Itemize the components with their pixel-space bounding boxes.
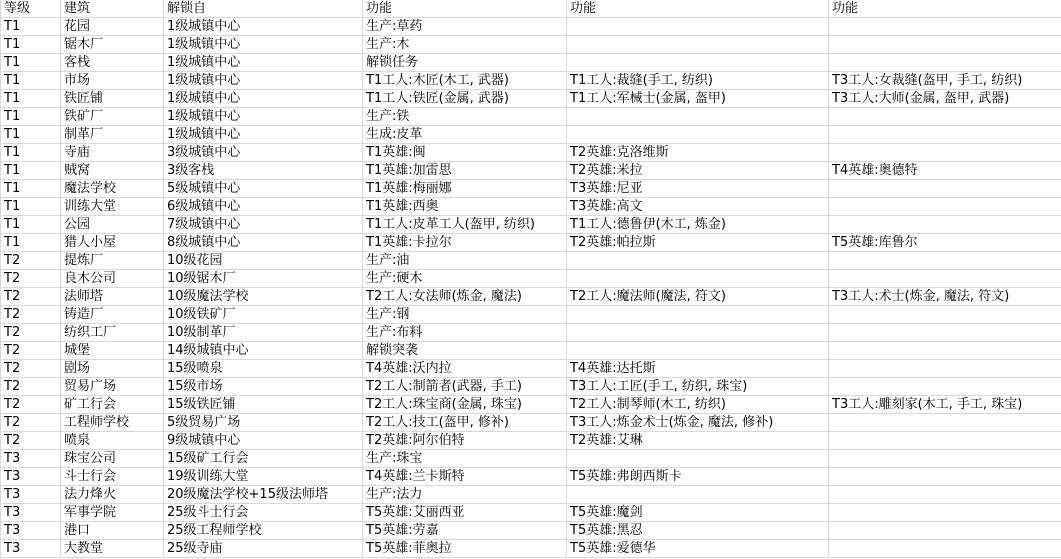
cell[interactable]: 生产:法力 [363, 486, 567, 504]
cell[interactable] [829, 342, 1061, 360]
cell[interactable]: T5英雄:菲奥拉 [363, 540, 567, 558]
cell[interactable]: 生产:木 [363, 36, 567, 54]
cell[interactable]: 25级斗士行会 [164, 504, 363, 522]
table-row: T1铁匠铺1级城镇中心T1工人:铁匠(金属, 武器)T1工人:军械士(金属, 盔… [1, 90, 1061, 108]
cell[interactable]: T2 [1, 432, 61, 450]
table-row: T3法力烽火20级魔法学校+15级法师塔生产:法力 [1, 486, 1061, 504]
cell[interactable] [829, 360, 1061, 378]
cell[interactable]: T2 [1, 378, 61, 396]
cell[interactable]: T2英雄:帕拉斯 [567, 234, 829, 252]
table-row: T2矿工行会15级铁匠铺T2工人:珠宝商(金属, 珠宝)T2工人:制琴师(木工,… [1, 396, 1061, 414]
table-row: T1客栈1级城镇中心解锁任务 [1, 54, 1061, 72]
cell[interactable]: T2 [1, 306, 61, 324]
cell[interactable]: T1 [1, 126, 61, 144]
cell[interactable]: T5英雄:爱德华 [567, 540, 829, 558]
cell[interactable] [829, 108, 1061, 126]
cell[interactable]: 15级矿工行会 [164, 450, 363, 468]
cell[interactable]: T1 [1, 234, 61, 252]
cell[interactable]: T1 [1, 36, 61, 54]
cell[interactable]: 10级锯木厂 [164, 270, 363, 288]
table-row: T2纺织工厂10级制革厂生产:布料 [1, 324, 1061, 342]
cell[interactable]: T1 [1, 216, 61, 234]
cell[interactable]: T1工人:木匠(木工, 武器) [363, 72, 567, 90]
cell[interactable] [829, 216, 1061, 234]
cell[interactable] [829, 468, 1061, 486]
cell[interactable] [829, 450, 1061, 468]
table-row: T2良木公司10级锯木厂生产:硬木 [1, 270, 1061, 288]
table-row: T2提炼厂10级花园生产:油 [1, 252, 1061, 270]
table-row: T2贸易广场15级市场T2工人:制箭者(武器, 手工)T3工人:工匠(手工, 纺… [1, 378, 1061, 396]
table-row: T1铁矿厂1级城镇中心生产:铁 [1, 108, 1061, 126]
cell[interactable]: 10级花园 [164, 252, 363, 270]
cell[interactable] [567, 108, 829, 126]
cell[interactable]: T2工人:魔法师(魔法, 符文) [567, 288, 829, 306]
cell[interactable]: T2 [1, 360, 61, 378]
header-row: 等级建筑解锁自功能功能功能 [1, 0, 1061, 18]
cell[interactable] [829, 198, 1061, 216]
cell[interactable] [829, 486, 1061, 504]
table-row: T1市场1级城镇中心T1工人:木匠(木工, 武器)T1工人:裁缝(手工, 纺织)… [1, 72, 1061, 90]
cell[interactable] [829, 306, 1061, 324]
cell[interactable]: 铁匠铺 [61, 90, 164, 108]
cell[interactable]: 生产:布料 [363, 324, 567, 342]
cell[interactable]: T2英雄:艾琳 [567, 432, 829, 450]
table-row: T3珠宝公司15级矿工行会生产:珠宝 [1, 450, 1061, 468]
cell[interactable]: T1 [1, 180, 61, 198]
cell[interactable] [829, 432, 1061, 450]
table-row: T1花园1级城镇中心生产:草药 [1, 18, 1061, 36]
table-row: T1猎人小屋8级城镇中心T1英雄:卡拉尔T2英雄:帕拉斯T5英雄:库鲁尔 [1, 234, 1061, 252]
table-row: T3大教堂25级寺庙T5英雄:菲奥拉T5英雄:爱德华 [1, 540, 1061, 558]
cell[interactable]: T4英雄:兰卡斯特 [363, 468, 567, 486]
cell[interactable]: 生产:铁 [363, 108, 567, 126]
spreadsheet-body: 等级建筑解锁自功能功能功能T1花园1级城镇中心生产:草药T1锯木厂1级城镇中心生… [1, 0, 1061, 558]
cell[interactable]: 客栈 [61, 54, 164, 72]
cell[interactable]: 花园 [61, 18, 164, 36]
cell[interactable]: T2 [1, 288, 61, 306]
cell[interactable]: 剧场 [61, 360, 164, 378]
table-row: T2城堡14级城镇中心解锁突袭 [1, 342, 1061, 360]
cell[interactable]: T3 [1, 522, 61, 540]
cell[interactable]: 珠宝公司 [61, 450, 164, 468]
cell[interactable]: T2 [1, 342, 61, 360]
cell[interactable]: T3英雄:高文 [567, 198, 829, 216]
cell[interactable]: 1级城镇中心 [164, 90, 363, 108]
cell[interactable]: T1英雄:闽 [363, 144, 567, 162]
cell[interactable]: 7级城镇中心 [164, 216, 363, 234]
cell[interactable]: 市场 [61, 72, 164, 90]
cell[interactable] [829, 36, 1061, 54]
table-row: T2铸造厂10级铁矿厂生产:钢 [1, 306, 1061, 324]
cell[interactable]: 1级城镇中心 [164, 108, 363, 126]
cell[interactable]: T5英雄:魔剑 [567, 504, 829, 522]
table-row: T1贼窝3级客栈T1英雄:加雷思T2英雄:米拉T4英雄:奥德特 [1, 162, 1061, 180]
cell[interactable]: T1英雄:梅丽娜 [363, 180, 567, 198]
cell[interactable]: T4英雄:沃内拉 [363, 360, 567, 378]
cell[interactable] [567, 54, 829, 72]
cell[interactable]: 法力烽火 [61, 486, 164, 504]
cell[interactable]: 制革厂 [61, 126, 164, 144]
cell[interactable]: T3工人:术士(炼金, 魔法, 符文) [829, 288, 1061, 306]
cell[interactable] [829, 144, 1061, 162]
cell[interactable]: T2英雄:克洛维斯 [567, 144, 829, 162]
cell[interactable]: T3工人:女裁缝(盔甲, 手工, 纺织) [829, 72, 1061, 90]
cell[interactable]: T1工人:军械士(金属, 盔甲) [567, 90, 829, 108]
cell[interactable] [829, 522, 1061, 540]
cell[interactable]: 港口 [61, 522, 164, 540]
cell[interactable]: T3 [1, 486, 61, 504]
cell[interactable]: T2 [1, 270, 61, 288]
cell[interactable]: T2工人:制琴师(木工, 纺织) [567, 396, 829, 414]
cell[interactable] [829, 252, 1061, 270]
cell[interactable]: 14级城镇中心 [164, 342, 363, 360]
table-row: T1训练大堂6级城镇中心T1英雄:西奥T3英雄:高文 [1, 198, 1061, 216]
cell[interactable] [567, 126, 829, 144]
cell[interactable]: T3 [1, 450, 61, 468]
cell[interactable]: 生成:皮革 [363, 126, 567, 144]
cell[interactable]: T5英雄:库鲁尔 [829, 234, 1061, 252]
cell[interactable]: T1 [1, 54, 61, 72]
cell[interactable]: T2工人:女法师(炼金, 魔法) [363, 288, 567, 306]
cell[interactable]: 铁矿厂 [61, 108, 164, 126]
cell[interactable]: 19级训练大堂 [164, 468, 363, 486]
cell[interactable]: 提炼厂 [61, 252, 164, 270]
cell[interactable]: 10级魔法学校 [164, 288, 363, 306]
table-row: T2剧场15级喷泉T4英雄:沃内拉T4英雄:达托斯 [1, 360, 1061, 378]
table-row: T3斗士行会19级训练大堂T4英雄:兰卡斯特T5英雄:弗朗西斯卡 [1, 468, 1061, 486]
header-cell[interactable]: 功能 [567, 0, 829, 18]
cell[interactable]: 9级城镇中心 [164, 432, 363, 450]
cell[interactable]: 寺庙 [61, 144, 164, 162]
cell[interactable]: T2工人:珠宝商(金属, 珠宝) [363, 396, 567, 414]
cell[interactable] [829, 414, 1061, 432]
cell[interactable]: 生产:硬木 [363, 270, 567, 288]
cell[interactable]: T4英雄:达托斯 [567, 360, 829, 378]
cell[interactable] [829, 18, 1061, 36]
table-row: T2工程师学校5级贸易广场T2工人:技工(盔甲, 修补)T3工人:炼金术士(炼金… [1, 414, 1061, 432]
cell[interactable]: T1 [1, 198, 61, 216]
cell[interactable] [567, 486, 829, 504]
cell[interactable]: T2 [1, 414, 61, 432]
table-row: T1公园7级城镇中心T1工人:皮革工人(盔甲, 纺织)T1工人:德鲁伊(木工, … [1, 216, 1061, 234]
cell[interactable]: 大教堂 [61, 540, 164, 558]
cell[interactable]: T1英雄:西奥 [363, 198, 567, 216]
cell[interactable]: T2英雄:阿尔伯特 [363, 432, 567, 450]
cell[interactable]: 10级铁矿厂 [164, 306, 363, 324]
cell[interactable]: 25级寺庙 [164, 540, 363, 558]
cell[interactable]: 矿工行会 [61, 396, 164, 414]
cell[interactable]: T3工人:炼金术士(炼金, 魔法, 修补) [567, 414, 829, 432]
cell[interactable]: 1级城镇中心 [164, 54, 363, 72]
cell[interactable]: T3 [1, 504, 61, 522]
cell[interactable]: 25级工程师学校 [164, 522, 363, 540]
table-row: T2喷泉9级城镇中心T2英雄:阿尔伯特T2英雄:艾琳 [1, 432, 1061, 450]
cell[interactable] [567, 450, 829, 468]
table-row: T3港口25级工程师学校T5英雄:劳嘉T5英雄:黑忍 [1, 522, 1061, 540]
cell[interactable]: T1工人:铁匠(金属, 武器) [363, 90, 567, 108]
cell[interactable]: T3 [1, 468, 61, 486]
header-cell[interactable]: 功能 [363, 0, 567, 18]
cell[interactable]: 锯木厂 [61, 36, 164, 54]
cell[interactable]: 公园 [61, 216, 164, 234]
cell[interactable]: 贸易广场 [61, 378, 164, 396]
cell[interactable]: 1级城镇中心 [164, 18, 363, 36]
spreadsheet-table: 等级建筑解锁自功能功能功能T1花园1级城镇中心生产:草药T1锯木厂1级城镇中心生… [0, 0, 1061, 558]
cell[interactable]: 训练大堂 [61, 198, 164, 216]
cell[interactable]: T1英雄:加雷思 [363, 162, 567, 180]
cell[interactable]: T3工人:工匠(手工, 纺织, 珠宝) [567, 378, 829, 396]
header-cell[interactable]: 等级 [1, 0, 61, 18]
cell[interactable]: 5级贸易广场 [164, 414, 363, 432]
table-row: T1锯木厂1级城镇中心生产:木 [1, 36, 1061, 54]
cell[interactable]: T2 [1, 396, 61, 414]
cell[interactable] [567, 18, 829, 36]
cell[interactable] [567, 252, 829, 270]
cell[interactable]: 1级城镇中心 [164, 126, 363, 144]
cell[interactable]: 军事学院 [61, 504, 164, 522]
table-row: T1制革厂1级城镇中心生成:皮革 [1, 126, 1061, 144]
cell[interactable]: 8级城镇中心 [164, 234, 363, 252]
cell[interactable]: 5级城镇中心 [164, 180, 363, 198]
header-cell[interactable]: 解锁自 [164, 0, 363, 18]
cell[interactable]: 贼窝 [61, 162, 164, 180]
cell[interactable]: 铸造厂 [61, 306, 164, 324]
cell[interactable]: 解锁任务 [363, 54, 567, 72]
cell[interactable]: T2工人:技工(盔甲, 修补) [363, 414, 567, 432]
cell[interactable]: T2 [1, 252, 61, 270]
cell[interactable]: T1 [1, 144, 61, 162]
cell[interactable]: 纺织工厂 [61, 324, 164, 342]
cell[interactable]: T1工人:裁缝(手工, 纺织) [567, 72, 829, 90]
cell[interactable] [829, 504, 1061, 522]
table-row: T3军事学院25级斗士行会T5英雄:艾丽西亚T5英雄:魔剑 [1, 504, 1061, 522]
cell[interactable]: 6级城镇中心 [164, 198, 363, 216]
cell[interactable]: 1级城镇中心 [164, 72, 363, 90]
cell[interactable]: 生产:珠宝 [363, 450, 567, 468]
cell[interactable]: T1 [1, 162, 61, 180]
cell[interactable] [567, 324, 829, 342]
cell[interactable]: T3工人:大师(金属, 盔甲, 武器) [829, 90, 1061, 108]
cell[interactable]: 15级喷泉 [164, 360, 363, 378]
cell[interactable]: T2 [1, 324, 61, 342]
cell[interactable] [567, 36, 829, 54]
cell[interactable]: T1英雄:卡拉尔 [363, 234, 567, 252]
cell[interactable]: 生产:钢 [363, 306, 567, 324]
cell[interactable]: T1 [1, 90, 61, 108]
cell[interactable] [829, 270, 1061, 288]
cell[interactable]: 猎人小屋 [61, 234, 164, 252]
cell[interactable]: 解锁突袭 [363, 342, 567, 360]
cell[interactable]: T1工人:德鲁伊(木工, 炼金) [567, 216, 829, 234]
cell[interactable]: T5英雄:艾丽西亚 [363, 504, 567, 522]
cell[interactable]: 工程师学校 [61, 414, 164, 432]
cell[interactable]: 10级制革厂 [164, 324, 363, 342]
cell[interactable] [829, 378, 1061, 396]
cell[interactable]: T3工人:雕刻家(木工, 手工, 珠宝) [829, 396, 1061, 414]
cell[interactable]: 1级城镇中心 [164, 36, 363, 54]
cell[interactable]: T1 [1, 72, 61, 90]
cell[interactable] [829, 324, 1061, 342]
table-row: T1魔法学校5级城镇中心T1英雄:梅丽娜T3英雄:尼亚 [1, 180, 1061, 198]
cell[interactable]: 生产:油 [363, 252, 567, 270]
cell[interactable]: 法师塔 [61, 288, 164, 306]
cell[interactable]: T2英雄:米拉 [567, 162, 829, 180]
cell[interactable]: T4英雄:奥德特 [829, 162, 1061, 180]
cell[interactable]: T2工人:制箭者(武器, 手工) [363, 378, 567, 396]
cell[interactable]: 喷泉 [61, 432, 164, 450]
cell[interactable]: 15级市场 [164, 378, 363, 396]
cell[interactable]: T5英雄:弗朗西斯卡 [567, 468, 829, 486]
cell[interactable]: T3英雄:尼亚 [567, 180, 829, 198]
cell[interactable]: T3 [1, 540, 61, 558]
header-cell[interactable]: 功能 [829, 0, 1061, 18]
table-row: T1寺庙3级城镇中心T1英雄:闽T2英雄:克洛维斯 [1, 144, 1061, 162]
cell[interactable]: T1工人:皮革工人(盔甲, 纺织) [363, 216, 567, 234]
cell[interactable] [567, 270, 829, 288]
cell[interactable]: 城堡 [61, 342, 164, 360]
cell[interactable]: 3级城镇中心 [164, 144, 363, 162]
cell[interactable]: T5英雄:劳嘉 [363, 522, 567, 540]
cell[interactable] [829, 180, 1061, 198]
cell[interactable] [567, 342, 829, 360]
cell[interactable]: 15级铁匠铺 [164, 396, 363, 414]
cell[interactable] [829, 54, 1061, 72]
cell[interactable]: 斗士行会 [61, 468, 164, 486]
cell[interactable]: 生产:草药 [363, 18, 567, 36]
header-cell[interactable]: 建筑 [61, 0, 164, 18]
cell[interactable] [829, 126, 1061, 144]
cell[interactable]: T5英雄:黑忍 [567, 522, 829, 540]
table-row: T2法师塔10级魔法学校T2工人:女法师(炼金, 魔法)T2工人:魔法师(魔法,… [1, 288, 1061, 306]
cell[interactable]: 3级客栈 [164, 162, 363, 180]
cell[interactable]: 20级魔法学校+15级法师塔 [164, 486, 363, 504]
cell[interactable]: T1 [1, 18, 61, 36]
cell[interactable]: 良木公司 [61, 270, 164, 288]
cell[interactable]: 魔法学校 [61, 180, 164, 198]
cell[interactable]: T1 [1, 108, 61, 126]
cell[interactable] [567, 306, 829, 324]
cell[interactable] [829, 540, 1061, 558]
